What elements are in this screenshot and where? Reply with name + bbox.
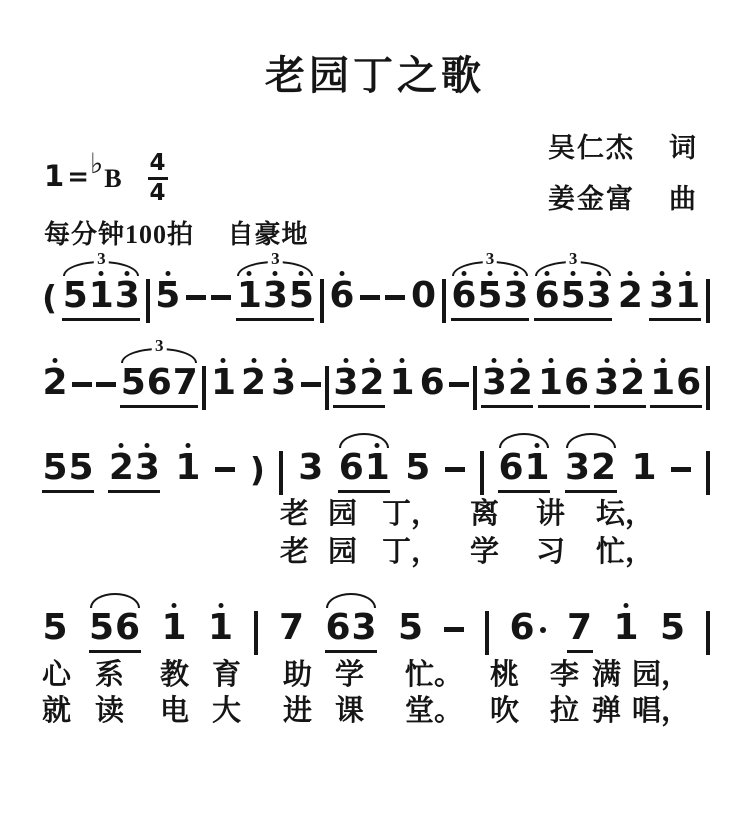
octave-dot xyxy=(400,358,405,363)
lyric-syllable: 堂。 xyxy=(405,697,463,726)
score-line-4: 5561176356715 xyxy=(42,610,710,655)
score-line-3: 55231)361561321 xyxy=(42,450,710,495)
note: 2 xyxy=(108,450,134,486)
note: 1 xyxy=(650,365,676,401)
note: 3 xyxy=(271,365,297,401)
note: 5 xyxy=(398,610,424,646)
composer-name: 姜金富 xyxy=(548,177,635,216)
note: 5 xyxy=(62,278,88,314)
note-value: 1 xyxy=(390,365,415,401)
note: 7 xyxy=(172,365,198,401)
lyric-syllable: 心 xyxy=(42,661,71,690)
tempo-bpm: 每分钟100拍 xyxy=(44,220,194,249)
note: 3 xyxy=(262,278,288,314)
composer-role: 曲 xyxy=(669,177,698,216)
meter-denominator: 4 xyxy=(150,182,166,205)
note-value: 2 xyxy=(42,365,67,401)
octave-dot xyxy=(535,443,540,448)
note: 3 xyxy=(649,278,675,314)
duration-dash xyxy=(445,467,465,472)
lyric-syllable: 园 xyxy=(328,500,357,529)
note-value: 3 xyxy=(351,610,376,646)
duration-dash xyxy=(96,382,116,387)
note-group: 3567 xyxy=(120,365,198,408)
lyric-syllable: 忙。 xyxy=(405,661,463,690)
slur-arc xyxy=(566,433,616,448)
note-group: 32 xyxy=(333,365,385,408)
note-value: 3 xyxy=(594,365,619,401)
note-group: 61 xyxy=(498,450,550,493)
lyric-syllable: 课 xyxy=(335,697,364,726)
note-value: 1 xyxy=(631,450,656,486)
lyric-syllable: 大 xyxy=(212,697,241,726)
note-value: 3 xyxy=(115,278,140,314)
slur-arc xyxy=(326,593,376,608)
note-value: 6 xyxy=(509,610,534,646)
octave-dot xyxy=(145,443,150,448)
note-group: 1 xyxy=(389,365,415,401)
parenthesis: ) xyxy=(250,450,265,490)
note-value: 3 xyxy=(482,365,507,401)
octave-dot xyxy=(125,271,130,276)
note-value: 5 xyxy=(289,278,314,314)
lyric-syllable: 园 xyxy=(328,538,357,567)
octave-dot xyxy=(299,271,304,276)
note-value: 6 xyxy=(115,610,140,646)
note-group: 7 xyxy=(279,610,305,646)
meter-numerator: 4 xyxy=(150,152,166,175)
key-tonic: 1 xyxy=(44,162,64,191)
slur-arc xyxy=(499,433,549,448)
note-value: 1 xyxy=(675,278,700,314)
octave-dot xyxy=(604,358,609,363)
note-value: 6 xyxy=(535,278,560,314)
lyric-syllable: 丁， xyxy=(382,500,440,529)
note-group: 7 xyxy=(567,610,593,653)
note-value: 0 xyxy=(411,278,436,314)
note-value: 6 xyxy=(329,278,354,314)
note-group: 31 xyxy=(649,278,701,321)
note: 3 xyxy=(503,278,529,314)
parenthesis: ( xyxy=(42,278,57,318)
note-group: 5 xyxy=(660,610,686,646)
octave-dot xyxy=(548,358,553,363)
note: 7 xyxy=(567,610,593,646)
barline xyxy=(706,611,710,655)
note-value: 1 xyxy=(89,278,114,314)
note-value: 1 xyxy=(525,450,550,486)
barline xyxy=(473,366,477,410)
lyric-row: 就读电大进课堂。吹拉弹唱， xyxy=(0,697,750,729)
expression-marking: 自豪地 xyxy=(228,220,309,249)
octave-dot xyxy=(119,443,124,448)
note-value: 2 xyxy=(618,278,643,314)
score-line-1: (3513531356036533653231 xyxy=(42,278,710,323)
note: 5 xyxy=(477,278,503,314)
octave-dot xyxy=(218,603,223,608)
octave-dot xyxy=(630,358,635,363)
note: 1 xyxy=(364,450,390,486)
note: 5 xyxy=(560,278,586,314)
note: 6 xyxy=(509,610,535,646)
octave-dot xyxy=(685,271,690,276)
note-value: 2 xyxy=(508,365,533,401)
credits: 吴仁杰 词 姜金富 曲 xyxy=(548,126,698,228)
note-group: 2 xyxy=(617,278,643,314)
octave-dot xyxy=(628,271,633,276)
note-value: 6 xyxy=(339,450,364,486)
note: 6 xyxy=(564,365,590,401)
lyric-row: 心系教育助学忙。桃李满园， xyxy=(0,661,750,693)
note-group: 5 xyxy=(398,610,424,646)
duration-dash xyxy=(215,467,235,472)
note-group: 3 xyxy=(298,450,324,486)
note: 3 xyxy=(351,610,377,646)
time-signature: 4 4 xyxy=(148,152,168,205)
note-value: 3 xyxy=(298,450,323,486)
barline xyxy=(146,279,150,323)
note-group: 6 xyxy=(329,278,355,314)
barline xyxy=(442,279,446,323)
lyric-syllable: 系 xyxy=(95,661,124,690)
octave-dot xyxy=(343,358,348,363)
page-title: 老园丁之歌 xyxy=(0,44,750,101)
note-value: 2 xyxy=(620,365,645,401)
duration-dash xyxy=(444,627,464,632)
note-value: 3 xyxy=(333,365,358,401)
lyric-syllable: 电 xyxy=(160,697,189,726)
note: 2 xyxy=(617,278,643,314)
note: 1 xyxy=(538,365,564,401)
octave-dot xyxy=(185,443,190,448)
note-group: 1 xyxy=(613,610,639,646)
note-group: 0 xyxy=(411,278,437,314)
sheet-music-page: 老园丁之歌 吴仁杰 词 姜金富 曲 1 = ♭ B 4 4 每分钟100拍 自豪… xyxy=(0,0,750,818)
note-value: 6 xyxy=(451,278,476,314)
note-value: 3 xyxy=(503,278,528,314)
note-value: 5 xyxy=(660,610,685,646)
note-value: 5 xyxy=(68,450,93,486)
note: 2 xyxy=(620,365,646,401)
barline xyxy=(202,366,206,410)
triplet-number: 3 xyxy=(483,250,498,267)
note-value: 7 xyxy=(173,365,198,401)
note-group: 32 xyxy=(594,365,646,408)
note: 2 xyxy=(359,365,385,401)
note-group: 2 xyxy=(42,365,68,401)
note: 5 xyxy=(42,450,68,486)
note: 6 xyxy=(498,450,524,486)
triplet-number: 3 xyxy=(94,250,109,267)
note: 5 xyxy=(660,610,686,646)
lyric-syllable: 满 xyxy=(592,661,621,690)
note: 5 xyxy=(120,365,146,401)
lyric-syllable: 离 xyxy=(470,500,499,529)
octave-dot xyxy=(660,358,665,363)
note: 3 xyxy=(298,450,324,486)
note-value: 2 xyxy=(241,365,266,401)
note: 3 xyxy=(134,450,160,486)
barline xyxy=(254,611,258,655)
lyric-row: 老园丁，离讲坛， xyxy=(0,500,750,532)
note-group: 2 xyxy=(241,365,267,401)
lyric-syllable: 学 xyxy=(470,538,499,567)
note-group: 63 xyxy=(325,610,377,653)
note: 1 xyxy=(210,365,236,401)
lyric-row: 老园丁，学习忙， xyxy=(0,538,750,570)
note-value: 1 xyxy=(365,450,390,486)
note-value: 5 xyxy=(155,278,180,314)
note-value: 3 xyxy=(649,278,674,314)
note-value: 6 xyxy=(147,365,172,401)
triplet-number: 3 xyxy=(152,337,167,354)
lyric-syllable: 育 xyxy=(212,661,241,690)
note: 1 xyxy=(208,610,234,646)
note-group: 3653 xyxy=(534,278,612,321)
note: 6 xyxy=(338,450,364,486)
note-value: 5 xyxy=(398,610,423,646)
note-group: 6 xyxy=(509,610,546,646)
note: 6 xyxy=(329,278,355,314)
duration-dash xyxy=(211,295,231,300)
slur-arc xyxy=(339,433,389,448)
note-value: 3 xyxy=(135,450,160,486)
tempo-marking: 每分钟100拍 自豪地 xyxy=(44,214,309,251)
octave-dot xyxy=(492,358,497,363)
note: 1 xyxy=(631,450,657,486)
note-value: 2 xyxy=(591,450,616,486)
note: 7 xyxy=(279,610,305,646)
octave-dot xyxy=(221,358,226,363)
note-group: 55 xyxy=(42,450,94,493)
note-group: 5 xyxy=(405,450,431,486)
key-signature: 1 = ♭ B 4 4 xyxy=(44,150,168,205)
note: 1 xyxy=(175,450,201,486)
note-value: 6 xyxy=(499,450,524,486)
note-group: 1 xyxy=(161,610,187,646)
note: 5 xyxy=(405,450,431,486)
octave-dot xyxy=(545,271,550,276)
note-group: 61 xyxy=(338,450,390,493)
duration-dash xyxy=(449,382,469,387)
note-value: 5 xyxy=(42,450,67,486)
note-value: 6 xyxy=(676,365,701,401)
lyric-syllable: 李 xyxy=(550,661,579,690)
octave-dot xyxy=(339,271,344,276)
note: 6 xyxy=(325,610,351,646)
barline xyxy=(320,279,324,323)
octave-dot xyxy=(273,271,278,276)
note-group: 3135 xyxy=(236,278,314,321)
note: 1 xyxy=(613,610,639,646)
note-group: 1 xyxy=(631,450,657,486)
lyric-syllable: 助 xyxy=(283,661,312,690)
note: 5 xyxy=(288,278,314,314)
note: 3 xyxy=(114,278,140,314)
note: 1 xyxy=(675,278,701,314)
note-group: 1 xyxy=(175,450,201,486)
note-value: 3 xyxy=(565,450,590,486)
note-group: 3653 xyxy=(451,278,529,321)
note-value: 5 xyxy=(121,365,146,401)
barline xyxy=(706,451,710,495)
note-value: 1 xyxy=(208,610,233,646)
note-value: 1 xyxy=(650,365,675,401)
note-group: 32 xyxy=(481,365,533,408)
note-group: 16 xyxy=(538,365,590,408)
note: 3 xyxy=(594,365,620,401)
note-value: 1 xyxy=(161,610,186,646)
lyric-syllable: 进 xyxy=(283,697,312,726)
note-value: 3 xyxy=(263,278,288,314)
note-value: 5 xyxy=(42,610,67,646)
note: 6 xyxy=(676,365,702,401)
octave-dot xyxy=(513,271,518,276)
note-value: 1 xyxy=(211,365,236,401)
note-group: 5 xyxy=(42,610,68,646)
note-value: 7 xyxy=(567,610,592,646)
slur-arc xyxy=(90,593,140,608)
note-value: 3 xyxy=(271,365,296,401)
note-value: 5 xyxy=(89,610,114,646)
note-group: 23 xyxy=(108,450,160,493)
note-value: 5 xyxy=(477,278,502,314)
octave-dot xyxy=(659,271,664,276)
note: 5 xyxy=(68,450,94,486)
note: 6 xyxy=(419,365,445,401)
octave-dot xyxy=(375,443,380,448)
octave-dot xyxy=(624,603,629,608)
note: 5 xyxy=(42,610,68,646)
barline xyxy=(480,451,484,495)
octave-dot xyxy=(571,271,576,276)
duration-dash xyxy=(360,295,380,300)
duration-dash xyxy=(72,382,92,387)
octave-dot xyxy=(369,358,374,363)
lyric-syllable: 学 xyxy=(335,661,364,690)
note-value: 1 xyxy=(237,278,262,314)
key-letter: B xyxy=(104,166,121,192)
note: 6 xyxy=(146,365,172,401)
note: 2 xyxy=(241,365,267,401)
note: 3 xyxy=(333,365,359,401)
note-value: 6 xyxy=(420,365,445,401)
octave-dot xyxy=(53,358,58,363)
lyric-syllable: 老 xyxy=(280,538,309,567)
composer-credit: 姜金富 曲 xyxy=(548,177,698,216)
octave-dot xyxy=(518,358,523,363)
note-value: 6 xyxy=(564,365,589,401)
lyric-syllable: 习 xyxy=(536,538,565,567)
note-group: 6 xyxy=(419,365,445,401)
barline xyxy=(325,366,329,410)
key-equals: = xyxy=(67,164,89,190)
octave-dot xyxy=(247,271,252,276)
duration-dash xyxy=(301,382,321,387)
octave-dot xyxy=(251,358,256,363)
lyric-syllable: 坛， xyxy=(596,500,654,529)
note-value: 5 xyxy=(405,450,430,486)
lyric-syllable: 桃 xyxy=(490,661,519,690)
note: 0 xyxy=(411,278,437,314)
lyric-syllable: 拉 xyxy=(550,697,579,726)
lyricist-name: 吴仁杰 xyxy=(548,126,635,165)
note: 5 xyxy=(89,610,115,646)
lyric-syllable: 老 xyxy=(280,500,309,529)
note-value: 2 xyxy=(359,365,384,401)
note: 6 xyxy=(534,278,560,314)
lyric-syllable: 讲 xyxy=(536,500,565,529)
lyric-syllable: 唱， xyxy=(632,697,690,726)
duration-dash xyxy=(671,467,691,472)
note: 3 xyxy=(586,278,612,314)
score-line-2: 23567123321632163216 xyxy=(42,365,710,410)
triplet-number: 3 xyxy=(566,250,581,267)
octave-dot xyxy=(281,358,286,363)
flat-icon: ♭ xyxy=(90,150,103,178)
note: 1 xyxy=(88,278,114,314)
note-group: 3 xyxy=(271,365,297,401)
note-value: 1 xyxy=(175,450,200,486)
barline xyxy=(279,451,283,495)
note-group: 1 xyxy=(210,365,236,401)
note: 3 xyxy=(481,365,507,401)
lyric-syllable: 忙， xyxy=(596,538,654,567)
note: 6 xyxy=(451,278,477,314)
note: 3 xyxy=(565,450,591,486)
note: 1 xyxy=(236,278,262,314)
lyric-syllable: 教 xyxy=(160,661,189,690)
barline xyxy=(706,366,710,410)
note-value: 7 xyxy=(279,610,304,646)
octave-dot xyxy=(99,271,104,276)
note-value: 6 xyxy=(325,610,350,646)
octave-dot xyxy=(172,603,177,608)
note-value: 2 xyxy=(109,450,134,486)
lyricist-role: 词 xyxy=(669,126,698,165)
note-value: 3 xyxy=(587,278,612,314)
note: 1 xyxy=(389,365,415,401)
note: 6 xyxy=(115,610,141,646)
octave-dot xyxy=(461,271,466,276)
note: 2 xyxy=(507,365,533,401)
octave-dot xyxy=(487,271,492,276)
duration-dash xyxy=(385,295,405,300)
lyricist-credit: 吴仁杰 词 xyxy=(548,126,698,165)
note-value: 1 xyxy=(538,365,563,401)
lyric-syllable: 就 xyxy=(42,697,71,726)
lyric-syllable: 丁， xyxy=(382,538,440,567)
lyric-syllable: 吹 xyxy=(490,697,519,726)
note-group: 3513 xyxy=(62,278,140,321)
duration-dash xyxy=(186,295,206,300)
note: 1 xyxy=(161,610,187,646)
lyric-syllable: 弹 xyxy=(592,697,621,726)
note: 2 xyxy=(591,450,617,486)
barline xyxy=(706,279,710,323)
augmentation-dot xyxy=(540,627,546,633)
note: 2 xyxy=(42,365,68,401)
triplet-number: 3 xyxy=(268,250,283,267)
note-group: 5 xyxy=(155,278,181,314)
octave-dot xyxy=(597,271,602,276)
note: 5 xyxy=(155,278,181,314)
note-value: 1 xyxy=(613,610,638,646)
note-group: 32 xyxy=(565,450,617,493)
note: 1 xyxy=(524,450,550,486)
lyric-syllable: 读 xyxy=(95,697,124,726)
note-group: 1 xyxy=(208,610,234,646)
